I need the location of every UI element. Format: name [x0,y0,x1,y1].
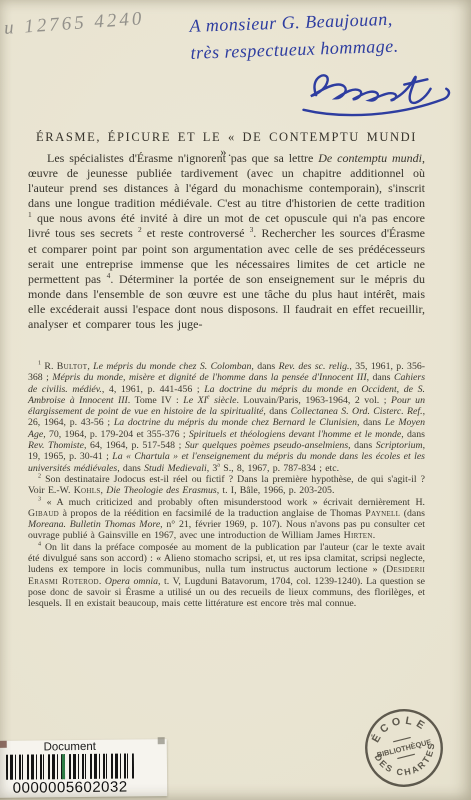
article-body-paragraph: Les spécialistes d'Érasme n'ignorent pas… [28,151,425,332]
stamp-rule-bottom [397,754,415,758]
footnotes-section: 1 R. Bultot, Le mépris du monde chez S. … [28,361,425,610]
barcode-bars-icon [6,753,134,779]
library-stamp: ÉCOLE BIBLIOTHÈQUE DES CHARTES [354,698,453,797]
footnote-1: 1 R. Bultot, Le mépris du monde chez S. … [28,361,425,474]
barcode-sticker-content: Document 0000005602032 [4,739,137,796]
barcode-sticker: Document 0000005602032 [0,739,167,798]
barcode-label: Document [4,739,136,753]
signature-scrawl [311,75,431,103]
pencil-call-number: u 12765 4240 [3,8,145,40]
barcode-number: 0000005602032 [4,778,136,796]
footnote-2: 2 Son destinataire Jodocus est-il réel o… [28,474,425,497]
stamp-rule-top [393,737,411,741]
footnote-4: 4 On lit dans la préface composée au mom… [28,542,425,610]
footnote-3: 3 « A much criticized and probably often… [28,497,425,542]
author-signature [293,66,461,120]
scanned-page: u 12765 4240 A monsieur G. Beaujouan, tr… [0,0,471,800]
handwritten-dedication: A monsieur G. Beaujouan, très respectueu… [189,3,471,67]
